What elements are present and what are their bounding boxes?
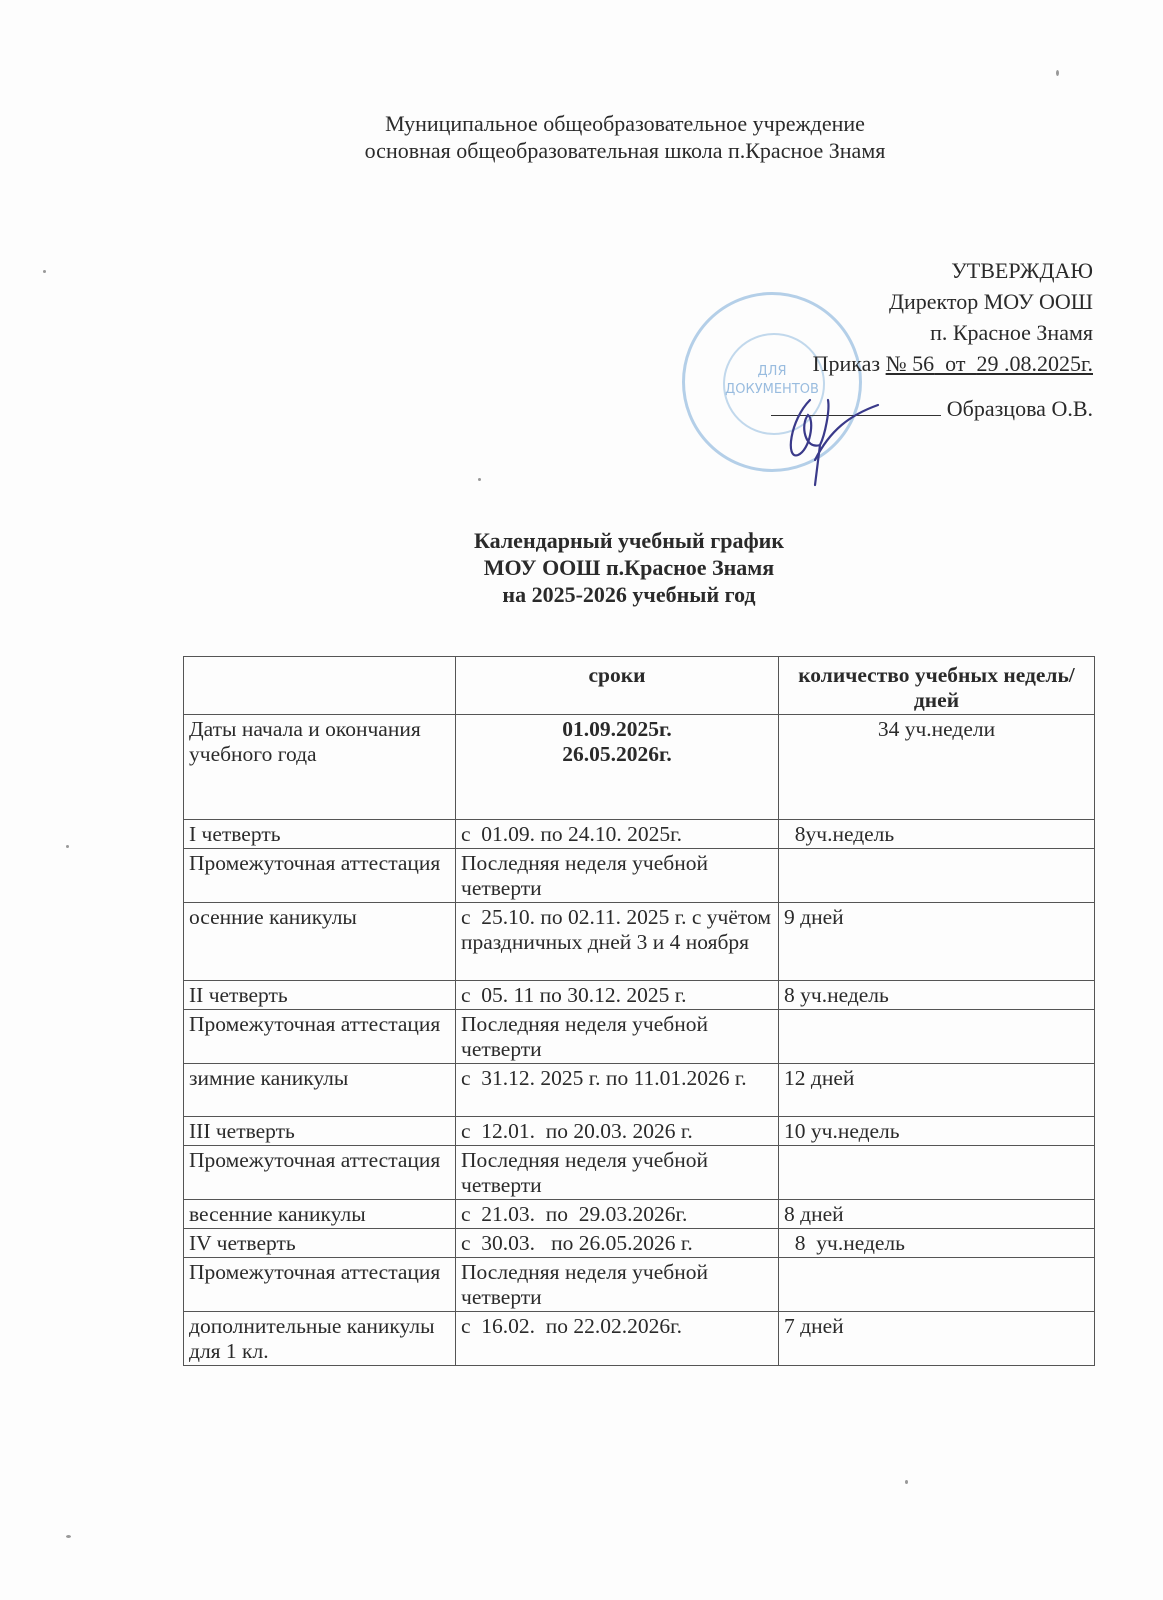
approval-location: п. Красное Знамя bbox=[771, 317, 1093, 348]
cell-label: Промежуточная аттестация bbox=[184, 1010, 456, 1064]
cell-label: осенние каникулы bbox=[184, 903, 456, 981]
order-date-prefix: от bbox=[934, 351, 976, 376]
table-row: зимние каникулыс 31.12. 2025 г. по 11.01… bbox=[184, 1064, 1095, 1117]
approval-title: УТВЕРЖДАЮ bbox=[771, 255, 1093, 286]
cell-period: с 31.12. 2025 г. по 11.01.2026 г. bbox=[456, 1064, 779, 1117]
cell-label: Промежуточная аттестация bbox=[184, 1258, 456, 1312]
cell-duration bbox=[779, 1010, 1095, 1064]
cell-duration: 8уч.недель bbox=[779, 820, 1095, 849]
table-row: III четвертьс 12.01. по 20.03. 2026 г.10… bbox=[184, 1117, 1095, 1146]
cell-duration bbox=[779, 849, 1095, 903]
signature-icon bbox=[770, 390, 880, 490]
document-title: Календарный учебный график МОУ ООШ п.Кра… bbox=[0, 527, 1163, 608]
signatory-name: Образцова О.В. bbox=[947, 396, 1093, 421]
cell-duration bbox=[779, 1146, 1095, 1200]
order-prefix: Приказ bbox=[813, 351, 886, 376]
approval-position: Директор МОУ ООШ bbox=[771, 286, 1093, 317]
scan-speck bbox=[43, 270, 46, 273]
cell-label: Даты начала и окончания учебного года bbox=[184, 715, 456, 820]
org-name-line2: основная общеобразовательная школа п.Кра… bbox=[0, 137, 1163, 164]
cell-period: Последняя неделя учебной четверти bbox=[456, 1258, 779, 1312]
organization-header: Муниципальное общеобразовательное учрежд… bbox=[0, 110, 1163, 164]
table-row: I четвертьс 01.09. по 24.10. 2025г. 8уч.… bbox=[184, 820, 1095, 849]
cell-duration: 10 уч.недель bbox=[779, 1117, 1095, 1146]
schedule-table: сроки количество учебных недель/дней Дат… bbox=[183, 656, 1095, 1366]
title-line1: Календарный учебный график bbox=[0, 527, 1163, 554]
cell-duration: 9 дней bbox=[779, 903, 1095, 981]
cell-duration: 12 дней bbox=[779, 1064, 1095, 1117]
cell-label: дополнительные каникулы для 1 кл. bbox=[184, 1312, 456, 1366]
title-line3: на 2025-2026 учебный год bbox=[0, 581, 1163, 608]
scan-speck bbox=[66, 845, 69, 848]
cell-duration: 7 дней bbox=[779, 1312, 1095, 1366]
scan-speck bbox=[66, 1535, 71, 1538]
cell-period: с 30.03. по 26.05.2026 г. bbox=[456, 1229, 779, 1258]
table-row: II четвертьс 05. 11 по 30.12. 2025 г.8 у… bbox=[184, 981, 1095, 1010]
header-duration: количество учебных недель/дней bbox=[779, 657, 1095, 715]
table-row: весенние каникулыс 21.03. по 29.03.2026г… bbox=[184, 1200, 1095, 1229]
cell-label: II четверть bbox=[184, 981, 456, 1010]
cell-period: с 25.10. по 02.11. 2025 г. с учётом праз… bbox=[456, 903, 779, 981]
order-number: № 56 bbox=[886, 351, 935, 376]
table-row: Промежуточная аттестацияПоследняя неделя… bbox=[184, 1146, 1095, 1200]
cell-period: Последняя неделя учебной четверти bbox=[456, 1010, 779, 1064]
cell-period: с 01.09. по 24.10. 2025г. bbox=[456, 820, 779, 849]
table-row: Промежуточная аттестацияПоследняя неделя… bbox=[184, 1258, 1095, 1312]
cell-period: с 05. 11 по 30.12. 2025 г. bbox=[456, 981, 779, 1010]
cell-label: I четверть bbox=[184, 820, 456, 849]
cell-label: весенние каникулы bbox=[184, 1200, 456, 1229]
cell-duration: 8 дней bbox=[779, 1200, 1095, 1229]
cell-label: Промежуточная аттестация bbox=[184, 1146, 456, 1200]
table-row: осенние каникулыс 25.10. по 02.11. 2025 … bbox=[184, 903, 1095, 981]
cell-duration bbox=[779, 1258, 1095, 1312]
table-row: Промежуточная аттестацияПоследняя неделя… bbox=[184, 1010, 1095, 1064]
cell-period: Последняя неделя учебной четверти bbox=[456, 849, 779, 903]
cell-label: зимние каникулы bbox=[184, 1064, 456, 1117]
cell-period: Последняя неделя учебной четверти bbox=[456, 1146, 779, 1200]
approval-order: Приказ № 56 от 29 .08.2025г. bbox=[771, 348, 1093, 379]
table-row: IV четвертьс 30.03. по 26.05.2026 г. 8 у… bbox=[184, 1229, 1095, 1258]
table-header-row: сроки количество учебных недель/дней bbox=[184, 657, 1095, 715]
cell-duration: 34 уч.недели bbox=[779, 715, 1095, 820]
header-label bbox=[184, 657, 456, 715]
cell-period: с 16.02. по 22.02.2026г. bbox=[456, 1312, 779, 1366]
cell-label: III четверть bbox=[184, 1117, 456, 1146]
scan-speck bbox=[905, 1480, 908, 1484]
title-line2: МОУ ООШ п.Красное Знамя bbox=[0, 554, 1163, 581]
scan-speck bbox=[478, 478, 481, 481]
table-row: Даты начала и окончания учебного года01.… bbox=[184, 715, 1095, 820]
cell-duration: 8 уч.недель bbox=[779, 1229, 1095, 1258]
cell-period: 01.09.2025г. 26.05.2026г. bbox=[456, 715, 779, 820]
order-date: 29 .08.2025г. bbox=[976, 351, 1093, 376]
table-row: дополнительные каникулы для 1 кл.с 16.02… bbox=[184, 1312, 1095, 1366]
cell-duration: 8 уч.недель bbox=[779, 981, 1095, 1010]
org-name-line1: Муниципальное общеобразовательное учрежд… bbox=[0, 110, 1163, 137]
header-period: сроки bbox=[456, 657, 779, 715]
cell-label: IV четверть bbox=[184, 1229, 456, 1258]
cell-period: с 21.03. по 29.03.2026г. bbox=[456, 1200, 779, 1229]
cell-label: Промежуточная аттестация bbox=[184, 849, 456, 903]
table-row: Промежуточная аттестацияПоследняя неделя… bbox=[184, 849, 1095, 903]
scan-speck bbox=[1056, 70, 1059, 76]
cell-period: с 12.01. по 20.03. 2026 г. bbox=[456, 1117, 779, 1146]
